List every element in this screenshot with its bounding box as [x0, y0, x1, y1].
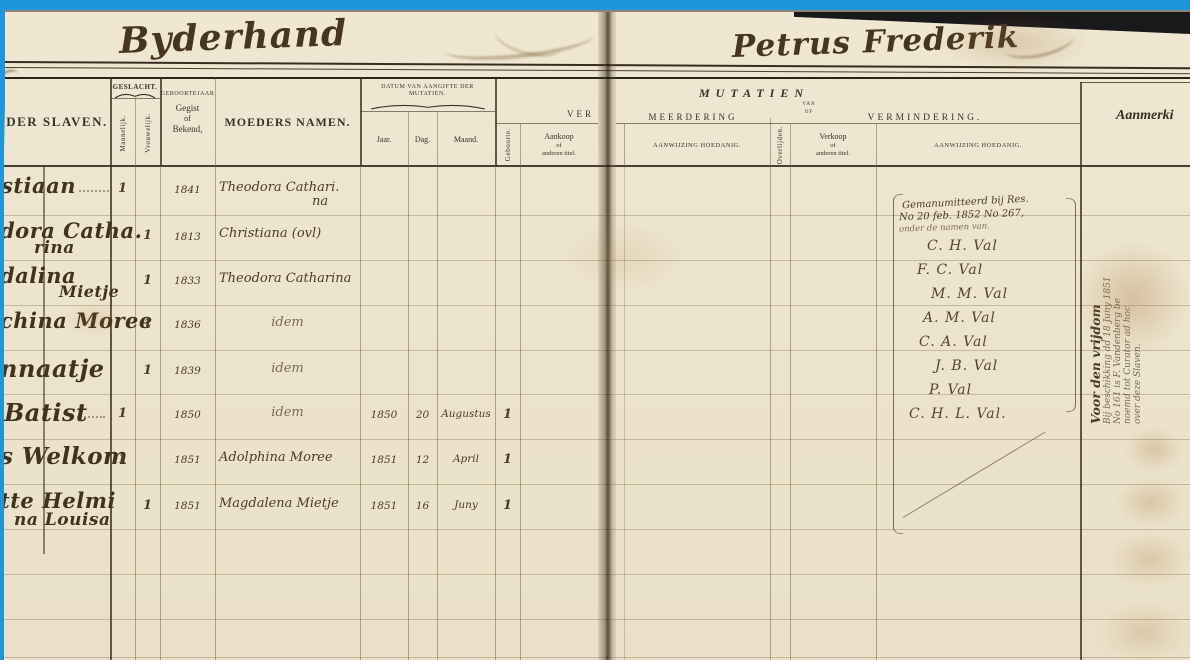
- birth-year: 1833: [160, 275, 215, 287]
- header-meerdering: MEERDERING: [616, 110, 770, 123]
- gender-mark-male: 1: [110, 406, 135, 421]
- gender-mark-female: 1: [135, 498, 160, 513]
- title-left: Byderhand: [118, 12, 348, 62]
- slave-name-line2: Mietje: [59, 282, 119, 301]
- mother-name: idem: [215, 315, 360, 330]
- curator-note-line: Bij beschikking dd 18 Juny 1851: [1103, 202, 1113, 424]
- mutation-month: Juny: [437, 499, 495, 511]
- header-der-slaven: DER SLAVEN.: [4, 78, 110, 166]
- curator-note: Voor den vrijdom Bij beschikking dd 18 J…: [1088, 424, 1190, 512]
- title-rule: [4, 61, 1190, 74]
- gender-mark-female: 1: [135, 273, 160, 288]
- gender-mark-male: 1: [110, 452, 135, 467]
- birth-mark: 1: [495, 452, 520, 467]
- birth-year: 1851: [160, 454, 215, 466]
- slave-name-line2: na Louisa: [14, 510, 111, 530]
- gender-mark-female: 1: [135, 228, 160, 243]
- register-sheet: Byderhand Petrus Frederik DER SLAVEN. GE…: [4, 10, 1190, 660]
- header-aanwijzing-hoedanig-2: AANWIJZING HOEDANIG.: [876, 124, 1080, 166]
- manumission-names: C. H. Val F. C. Val M. M. Val A. M. Val …: [909, 234, 1008, 426]
- birth-year: 1850: [160, 409, 215, 421]
- manumission-name: C. A. Val: [919, 330, 1008, 354]
- header-verkoop: Verkoop of anderen titel.: [790, 124, 876, 166]
- mother-name: Adolphina Moree: [219, 450, 333, 465]
- birth-year: 1836: [160, 319, 215, 331]
- header-aanwijzing-hoedanig-1: AANWIJZING HOEDANIG.: [624, 124, 770, 166]
- header-vrouwelijk: Vrouwelijk.: [135, 100, 160, 166]
- header-aankoop: Aankoop of anderen titel.: [520, 124, 598, 166]
- gender-mark-male: 1: [110, 181, 135, 196]
- slave-name-line2: rina: [34, 238, 75, 258]
- birth-year: 1851: [160, 500, 215, 512]
- manumission-line: onder de namen van.: [899, 221, 990, 234]
- gender-mark-female: 1: [135, 317, 160, 332]
- ink-smudge: [491, 14, 567, 63]
- mutation-day: 12: [408, 454, 437, 466]
- header-dag: Dag.: [408, 112, 437, 166]
- slave-name: nnaatje: [4, 354, 105, 383]
- header-jaar: Jaar.: [360, 112, 408, 166]
- brace-datum: [370, 103, 486, 110]
- dotted-leader: [79, 190, 109, 192]
- curator-note-line: noemd tot Curator ad hoc: [1123, 202, 1133, 424]
- header-aanmerkingen: Aanmerki: [1116, 108, 1174, 124]
- mother-name-line2: na: [312, 194, 328, 209]
- blue-background-edge: [0, 0, 5, 150]
- bracket-right: [1066, 198, 1076, 412]
- manumission-name: F. C. Val: [917, 258, 1008, 282]
- manumission-name: P. Val: [929, 378, 1008, 402]
- mutation-month: April: [437, 453, 495, 465]
- header-maand: Maand.: [437, 112, 495, 166]
- stain: [1109, 532, 1189, 587]
- header-geboorte: Geboorte.: [495, 124, 520, 166]
- mother-name: idem: [215, 405, 360, 420]
- birth-year: 1813: [160, 231, 215, 243]
- gender-mark-female: 1: [135, 363, 160, 378]
- header-datum-mutatien: DATUM VAN AANGIFTE DER MUTATIEN.: [360, 81, 495, 101]
- mutation-day: 20: [408, 409, 437, 421]
- manumission-name: C. H. L. Val.: [909, 402, 1008, 426]
- curator-note-line: over deze Slaven.: [1133, 202, 1143, 424]
- slave-name: Batist: [4, 398, 88, 427]
- ink-smudge: [443, 20, 595, 66]
- aanmerkingen-top-border: [1080, 82, 1190, 83]
- header-overlijden: Overlijden.: [770, 124, 790, 166]
- header-mutatien-van: VAN: [779, 101, 839, 108]
- bracket-left: [893, 194, 903, 534]
- manumission-name: M. M. Val: [931, 282, 1008, 306]
- birth-mark: 1: [495, 407, 520, 422]
- header-geboortejaar: GEBOORTEJAAR Gegist of Bekend,: [160, 84, 215, 142]
- header-moeders-namen: MOEDERS NAMEN.: [215, 78, 360, 166]
- stain: [1099, 602, 1189, 660]
- dotted-leader: [77, 416, 105, 418]
- mother-name: Theodora Cathari.: [219, 180, 339, 195]
- birth-year: 1841: [160, 184, 215, 196]
- header-top-border: [4, 77, 1190, 79]
- header-vermeerdering-prefix: VER: [534, 108, 594, 120]
- mother-name: Christiana (ovl): [219, 226, 321, 241]
- mutation-year: 1850: [360, 409, 408, 421]
- mother-name: Theodora Catharina: [219, 271, 351, 286]
- book-gutter: [598, 12, 616, 660]
- mother-name: idem: [215, 361, 360, 376]
- manumission-name: J. B. Val: [935, 354, 1008, 378]
- manumission-name: C. H. Val: [927, 234, 1008, 258]
- birth-year: 1839: [160, 365, 215, 377]
- scanned-register-page: { "titles": { "left": "Byderhand", "righ…: [0, 0, 1190, 660]
- mutation-month: Augustus: [437, 408, 495, 420]
- slave-name: stiaan: [4, 173, 76, 198]
- slave-name: china Moree: [4, 308, 153, 333]
- diagonal-line: [903, 432, 1046, 518]
- header-mannelijk: Mannelijk.: [110, 100, 135, 166]
- manumission-name: A. M. Val: [923, 306, 1008, 330]
- mutation-year: 1851: [360, 454, 408, 466]
- mother-name: Magdalena Mietje: [219, 496, 339, 511]
- header-mutatien: MUTATIEN: [644, 86, 864, 100]
- mutation-year: 1851: [360, 500, 408, 512]
- mutation-day: 16: [408, 500, 437, 512]
- birth-mark: 1: [495, 498, 520, 513]
- curator-note-line: Voor den vrijdom: [1088, 202, 1103, 424]
- curator-note-line: No 161 is F. Vandenberg be: [1113, 202, 1123, 424]
- title-right: Petrus Frederik: [731, 19, 1019, 65]
